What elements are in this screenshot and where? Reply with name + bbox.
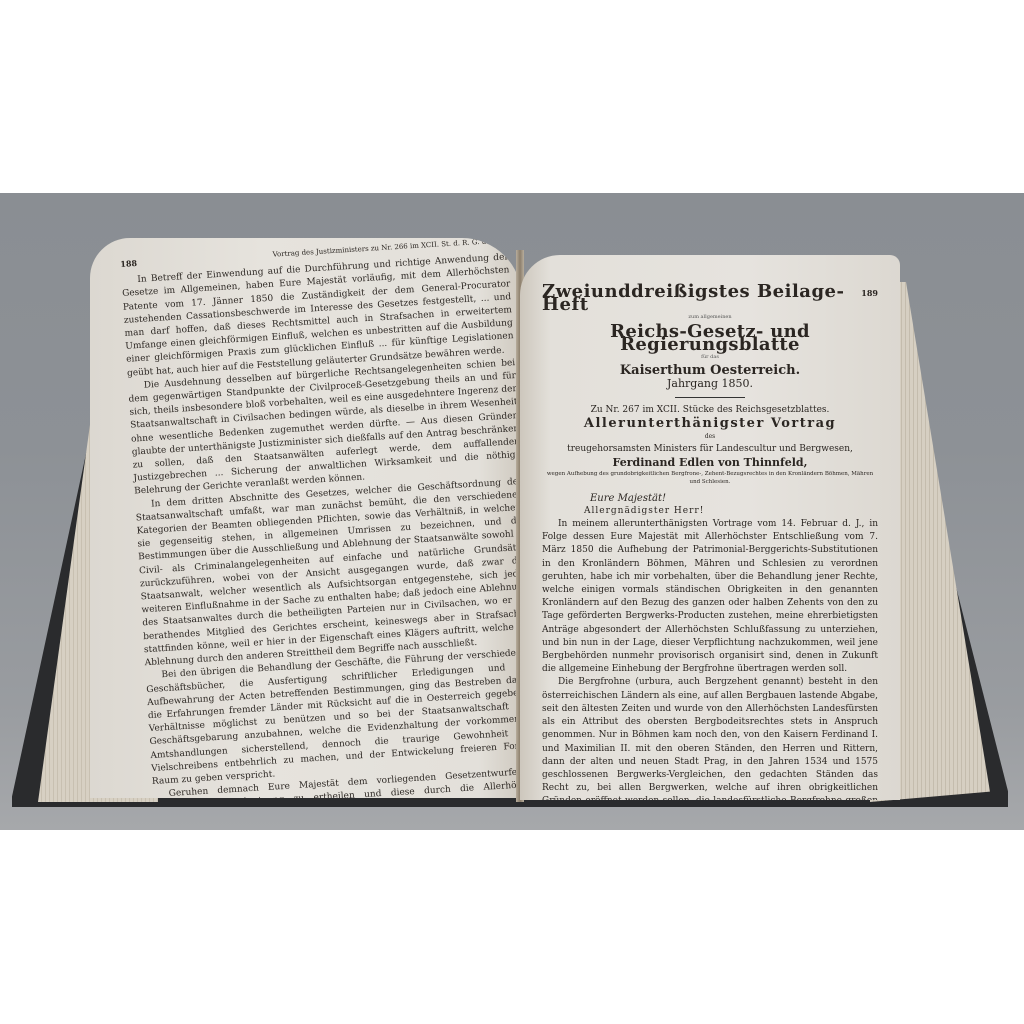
title-row: Zweiunddreißigstes Beilage-Heft 189 xyxy=(542,269,878,311)
right-paragraph: In meinem allerunterthänigsten Vortrage … xyxy=(542,518,878,676)
right-page: Zweiunddreißigstes Beilage-Heft 189 zum … xyxy=(520,255,900,800)
left-page-number: 188 xyxy=(120,257,137,271)
left-paragraph: In dem dritten Abschnitte des Gesetzes, … xyxy=(135,476,522,671)
subject-line: wegen Aufhebung des grundobrigkeitlichen… xyxy=(542,470,878,486)
year-line: Jahrgang 1850. xyxy=(542,377,878,390)
left-paragraph: Bei den übrigen die Behandlung der Gesch… xyxy=(145,647,522,789)
right-page-number: 189 xyxy=(861,287,878,300)
left-page-text: 188 Vortrag des Justizministers zu Nr. 2… xyxy=(120,238,522,798)
left-paragraph: Die Ausdehnung desselben auf bürgerliche… xyxy=(127,357,522,499)
title-line-2: Reichs-Gesetz- und Regierungsblatte xyxy=(542,325,878,351)
minister-name: Ferdinand Edlen von Thinnfeld, xyxy=(542,456,878,469)
right-page-text: Zweiunddreißigstes Beilage-Heft 189 zum … xyxy=(542,269,878,800)
heading-small: des xyxy=(542,430,878,443)
title-line-1: Zweiunddreißigstes Beilage-Heft xyxy=(542,285,861,311)
vortrag-heading: Allerunterthänigster Vortrag xyxy=(542,417,878,430)
right-paragraph: Die Bergfrohne (urbura, auch Bergzehent … xyxy=(542,676,878,800)
divider xyxy=(675,397,745,398)
title-line-3: Kaiserthum Oesterreich. xyxy=(542,364,878,377)
reference-line: Zu Nr. 267 im XCII. Stücke des Reichsges… xyxy=(542,404,878,417)
left-page: 188 Vortrag des Justizministers zu Nr. 2… xyxy=(90,238,522,798)
minister-line: treugehorsamsten Ministers für Landescul… xyxy=(542,443,878,456)
salutation-herr: Allergnädigster Herr! xyxy=(584,505,878,518)
salutation-majesty: Eure Majestät! xyxy=(590,492,878,505)
